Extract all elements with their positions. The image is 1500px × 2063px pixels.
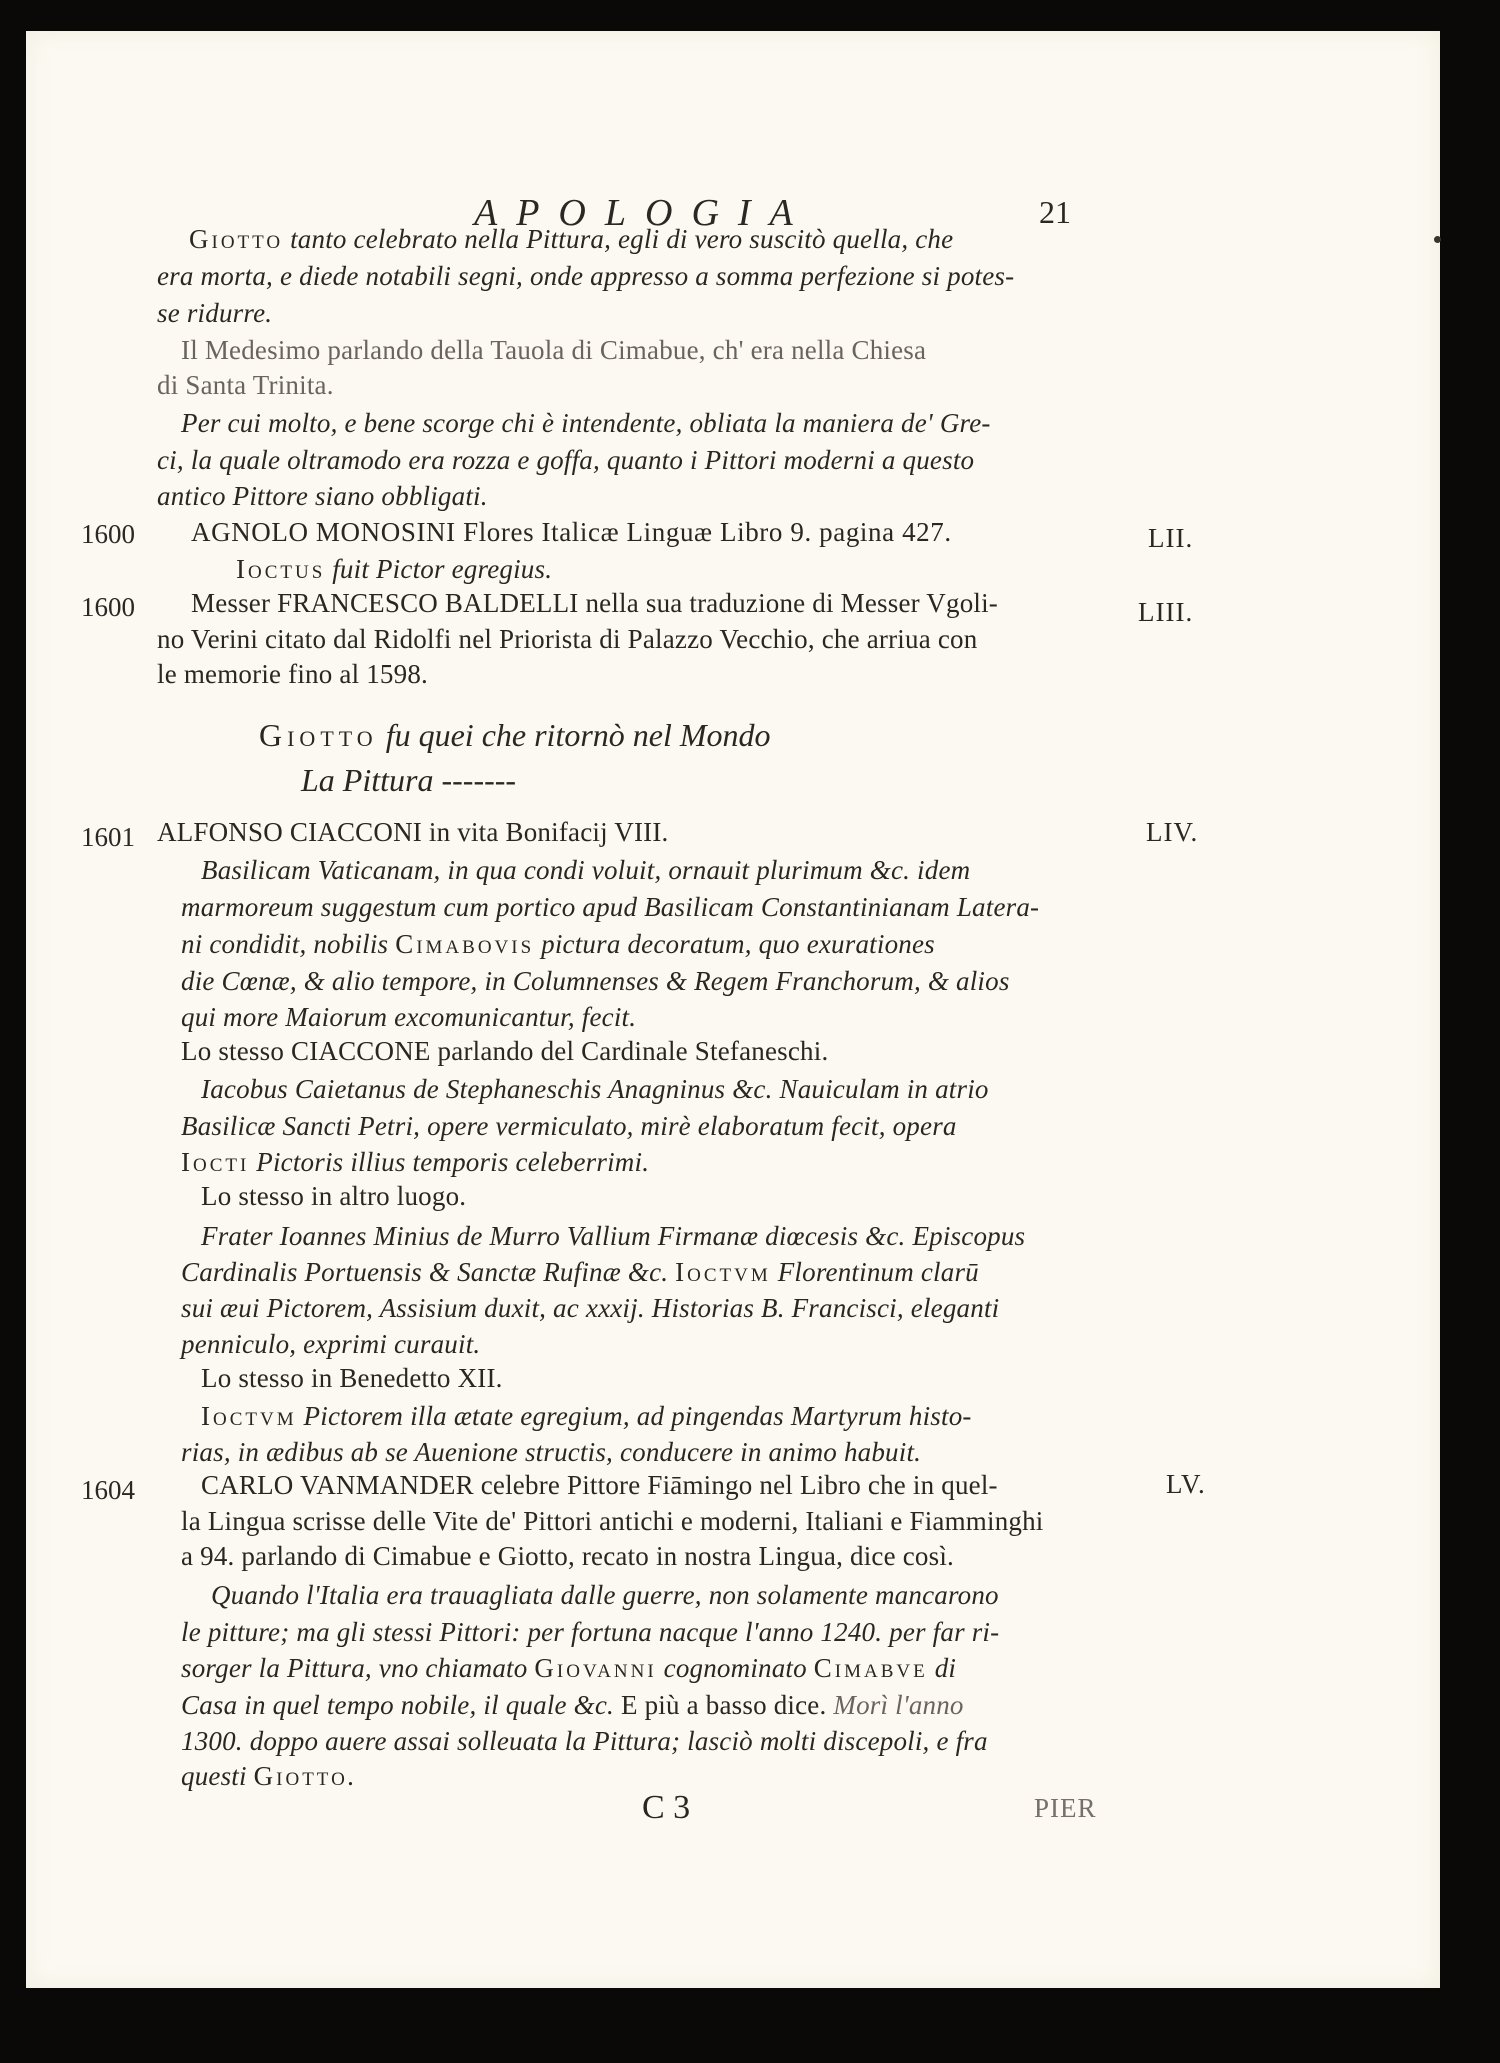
- entry-citation: la Lingua scrisse delle Vite de' Pittori…: [181, 1508, 1044, 1535]
- centered-heading-line2: La Pittura -------: [301, 762, 516, 799]
- quote-line: Basilicæ Sancti Petri, opere vermiculato…: [181, 1113, 957, 1140]
- entry-citation: ALFONSO CIACCONI in vita Bonifacij VIII.: [157, 819, 668, 846]
- per-cui-quote-line: Per cui molto, e bene scorge chi è inten…: [181, 410, 991, 437]
- quote-line: qui more Maiorum excomunicantur, fecit.: [181, 1004, 636, 1031]
- quote-line: penniculo, exprimi curauit.: [181, 1331, 480, 1358]
- per-cui-quote-line: ci, la quale oltramodo era rozza e goffa…: [157, 447, 974, 474]
- entry-citation: AGNOLO MONOSINI Flores Italicæ Linguæ Li…: [191, 519, 952, 546]
- entry-citation: CARLO VANMANDER celebre Pittore Fiāmingo…: [201, 1472, 998, 1499]
- medesimo-line: di Santa Trinita.: [157, 372, 334, 399]
- per-cui-quote-line: antico Pittore siano obbligati.: [157, 483, 488, 510]
- entry-citation: no Verini citato dal Ridolfi nel Prioris…: [157, 626, 977, 653]
- quote-line: sorger la Pittura, vno chiamato Giovanni…: [181, 1655, 956, 1682]
- entry-year: 1604: [81, 1475, 135, 1506]
- entry-year: 1600: [81, 592, 135, 623]
- ink-speck: [1434, 236, 1441, 243]
- entry-year: 1601: [81, 822, 135, 853]
- catchword: PIER: [1034, 1793, 1097, 1824]
- entry-numeral: LIV.: [1146, 817, 1198, 848]
- entry-numeral: LII.: [1148, 523, 1193, 554]
- quote-line: 1300. doppo auere assai solleuata la Pit…: [181, 1728, 988, 1755]
- entry-citation: a 94. parlando di Cimabue e Giotto, reca…: [181, 1543, 954, 1570]
- page-number: 21: [1039, 194, 1071, 231]
- entry-citation: Messer FRANCESCO BALDELLI nella sua trad…: [191, 590, 998, 617]
- quote-line: ni condidit, nobilis Cimabovis pictura d…: [181, 931, 935, 958]
- quote-line: Ioctvm Pictorem illa ætate egregium, ad …: [201, 1403, 972, 1430]
- entry-year: 1600: [81, 519, 135, 550]
- intro-quote-line: se ridurre.: [157, 300, 272, 327]
- quote-line: Casa in quel tempo nobile, il quale &c. …: [181, 1692, 964, 1719]
- entry-numeral: LIII.: [1138, 597, 1193, 628]
- quote-line: le pitture; ma gli stessi Pittori: per f…: [181, 1619, 999, 1646]
- subheading: Lo stesso in Benedetto XII.: [201, 1365, 503, 1392]
- quote-line: marmoreum suggestum cum portico apud Bas…: [181, 894, 1039, 921]
- quote-line: Iocti Pictoris illius temporis celeberri…: [181, 1149, 649, 1176]
- entry-quote: Ioctus fuit Pictor egregius.: [236, 556, 552, 583]
- signature-mark: C 3: [642, 1789, 690, 1827]
- quote-line: Iacobus Caietanus de Stephaneschis Anagn…: [201, 1076, 989, 1103]
- medesimo-line: Il Medesimo parlando della Tauola di Cim…: [181, 337, 926, 364]
- quote-line: Frater Ioannes Minius de Murro Vallium F…: [201, 1223, 1025, 1250]
- quote-line: Quando l'Italia era trauagliata dalle gu…: [211, 1582, 999, 1609]
- intro-quote-line: Giotto tanto celebrato nella Pittura, eg…: [189, 226, 953, 253]
- quote-line: sui æui Pictorem, Assisium duxit, ac xxx…: [181, 1295, 999, 1322]
- quote-line: Cardinalis Portuensis & Sanctæ Rufinæ &c…: [181, 1259, 979, 1286]
- quote-line: rias, in ædibus ab se Auenione structis,…: [181, 1439, 921, 1466]
- entry-citation: le memorie fino al 1598.: [157, 661, 428, 688]
- entry-numeral: LV.: [1166, 1469, 1206, 1500]
- centered-heading-line1: Giotto fu quei che ritornò nel Mondo: [259, 717, 771, 754]
- subheading: Lo stesso in altro luogo.: [201, 1183, 466, 1210]
- quote-line: Basilicam Vaticanam, in qua condi voluit…: [201, 857, 970, 884]
- quote-line: questi Giotto.: [181, 1763, 355, 1790]
- intro-quote-line: era morta, e diede notabili segni, onde …: [157, 263, 1014, 290]
- quote-line: die Cœnæ, & alio tempore, in Columnenses…: [181, 968, 1010, 995]
- subheading: Lo stesso CIACCONE parlando del Cardinal…: [181, 1038, 828, 1065]
- book-page: APOLOGIA 21 Giotto tanto celebrato nella…: [26, 31, 1440, 1988]
